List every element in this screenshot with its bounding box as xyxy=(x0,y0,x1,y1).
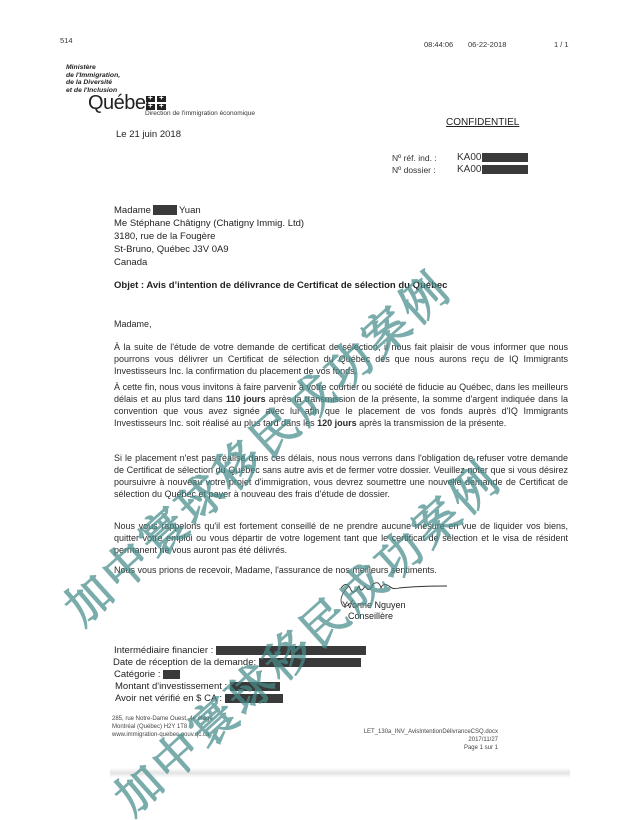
recipient-block: MadameYuan Me Stéphane Châtigny (Chatign… xyxy=(114,204,304,269)
fax-date: 06-22-2018 xyxy=(468,40,506,49)
info-avoir-net: Avoir net vérifié en $ CA : xyxy=(115,693,283,705)
recipient-name: MadameYuan xyxy=(114,204,304,217)
footer-line: LET_130a_INV_AvisIntentionDélivranceCSQ.… xyxy=(364,728,498,736)
paragraph-1: À la suite de l'étude de votre demande d… xyxy=(114,341,568,377)
redaction-bar xyxy=(225,694,283,703)
info-date-reception: Date de réception de la demande: xyxy=(113,657,361,669)
paragraph-5: Nous vous prions de recevoir, Madame, l'… xyxy=(114,564,568,576)
fax-number: 514 xyxy=(60,36,73,45)
recipient-line: Canada xyxy=(114,256,304,269)
redaction-bar xyxy=(259,658,361,667)
ref-dossier-label: Nº dossier : xyxy=(392,165,436,175)
ministry-logo: Ministère de l'Immigration, de la Divers… xyxy=(66,64,120,94)
ref-ind-value: KA00 xyxy=(457,152,528,163)
greeting: Madame, xyxy=(114,318,568,330)
paragraph-3: Si le placement n'est pas réalisé dans c… xyxy=(114,452,568,500)
footer-line: Montréal (Québec) H2Y 1T8 xyxy=(112,723,213,731)
subject-line: Objet : Avis d’intention de délivrance d… xyxy=(114,280,447,291)
confidential-label: CONFIDENTIEL xyxy=(446,117,519,128)
signatory-title: Conseillère xyxy=(348,611,393,621)
redaction-bar xyxy=(482,165,528,174)
watermark-lower: 加中寰球移民成功案例 xyxy=(98,444,514,820)
recipient-line: St-Bruno, Québec J3V 0A9 xyxy=(114,243,304,256)
redaction-bar xyxy=(216,646,366,655)
redaction-bar xyxy=(163,670,180,679)
quebec-flag-icon xyxy=(146,96,166,110)
info-intermediaire: Intermédiaire financier : xyxy=(114,645,366,657)
footer-line: 2017/11/27 xyxy=(364,736,498,744)
fax-page: 1 / 1 xyxy=(554,40,569,49)
ministry-line: Ministère xyxy=(66,64,120,72)
footer-line: 285, rue Notre-Dame Ouest, 4e étage xyxy=(112,715,213,723)
footer-line: Page 1 sur 1 xyxy=(364,744,498,752)
redaction-bar xyxy=(153,205,177,215)
page-edge-shadow xyxy=(110,768,570,778)
paragraph-2: À cette fin, nous vous invitons à faire … xyxy=(114,381,568,429)
ministry-line: de la Diversité xyxy=(66,79,120,87)
ministry-line: de l'Immigration, xyxy=(66,72,120,80)
footer-address: 285, rue Notre-Dame Ouest, 4e étage Mont… xyxy=(112,715,213,739)
redaction-bar xyxy=(230,682,280,691)
paragraph-4: Nous vous rappelons qu'il est fortement … xyxy=(114,520,568,556)
redaction-bar xyxy=(482,153,528,162)
direction-name: Direction de l'immigration économique xyxy=(145,110,255,117)
info-categorie: Catégorie : xyxy=(114,669,180,681)
recipient-line: Me Stéphane Châtigny (Chatigny Immig. Lt… xyxy=(114,217,304,230)
info-montant: Montant d'investissement : xyxy=(115,681,280,693)
footer-doc-info: LET_130a_INV_AvisIntentionDélivranceCSQ.… xyxy=(364,728,498,752)
recipient-line: 3180, rue de la Fougère xyxy=(114,230,304,243)
ref-ind-label: Nº réf. ind. : xyxy=(392,153,437,163)
signatory-name: Yvonne Nguyen xyxy=(342,600,406,610)
letter-date: Le 21 juin 2018 xyxy=(116,128,181,141)
fax-time: 08:44:06 xyxy=(424,40,453,49)
ref-dossier-value: KA00 xyxy=(457,164,528,175)
footer-line: www.immigration-quebec.gouv.qc.ca xyxy=(112,731,213,739)
